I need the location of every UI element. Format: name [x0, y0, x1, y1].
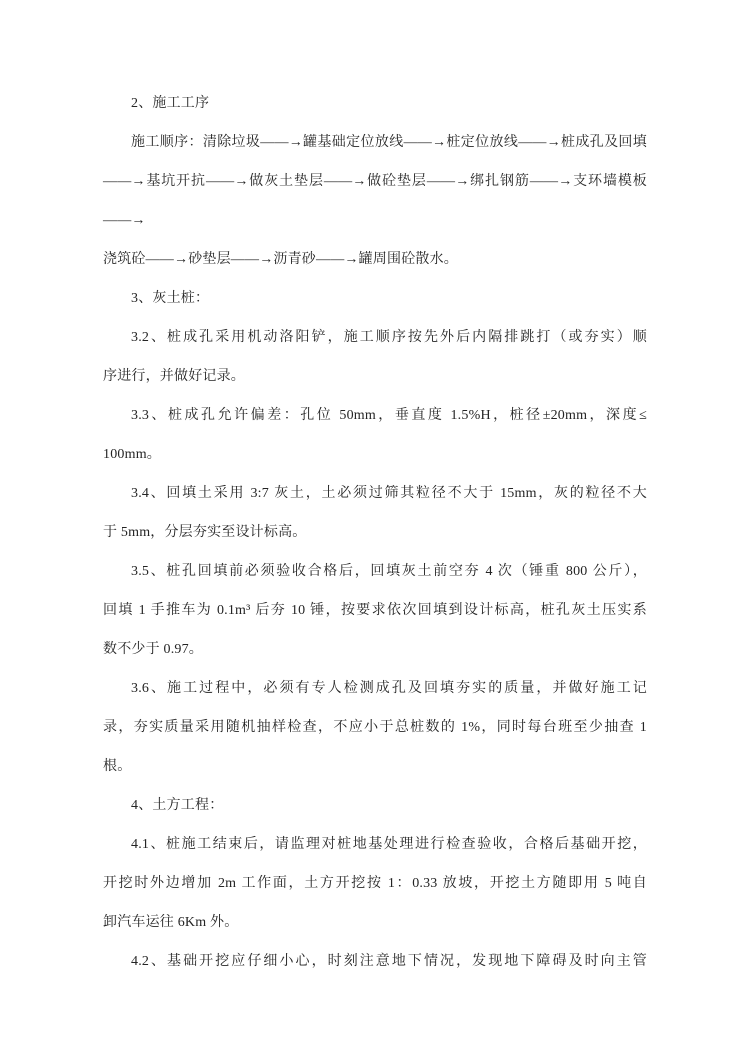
text-line: 4.1、桩施工结束后，请监理对桩地基处理进行检查验收，合格后基础开挖， [103, 825, 647, 864]
text-line: 3.5、桩孔回填前必须验收合格后，回填灰土前空夯 4 次（锤重 800 公斤）， [103, 552, 647, 591]
text-line: 施工顺序：清除垃圾——→罐基础定位放线——→桩定位放线——→桩成孔及回填 [103, 123, 647, 162]
text-line: 3.6、施工过程中，必须有专人检测成孔及回填夯实的质量，并做好施工记 [103, 669, 647, 708]
section-heading: 4、土方工程： [103, 786, 647, 825]
text-line: 开挖时外边增加 2m 工作面，土方开挖按 1：0.33 放坡，开挖土方随即用 5… [103, 864, 647, 903]
section-heading: 3、灰土桩： [103, 279, 647, 318]
text-line: 录，夯实质量采用随机抽样检查，不应小于总桩数的 1%，同时每台班至少抽查 1 [103, 708, 647, 747]
text-line: 浇筑砼——→砂垫层——→沥青砂——→罐周围砼散水。 [103, 240, 647, 279]
section-heading: 2、施工工序 [103, 84, 647, 123]
text-line: 序进行，并做好记录。 [103, 357, 647, 396]
text-line: 3.2、桩成孔采用机动洛阳铲，施工顺序按先外后内隔排跳打（或夯实）顺 [103, 318, 647, 357]
text-line: 于 5mm，分层夯实至设计标高。 [103, 513, 647, 552]
text-line: 3.4、回填土采用 3:7 灰土，土必须过筛其粒径不大于 15mm，灰的粒径不大 [103, 474, 647, 513]
text-line: ——→基坑开抗——→做灰土垫层——→做砼垫层——→绑扎钢筋——→支环墙模板——→ [103, 162, 647, 240]
text-line: 回填 1 手推车为 0.1m³ 后夯 10 锤，按要求依次回填到设计标高，桩孔灰… [103, 591, 647, 630]
document-page: 2、施工工序 施工顺序：清除垃圾——→罐基础定位放线——→桩定位放线——→桩成孔… [0, 0, 744, 1052]
text-line: 4.2、基础开挖应仔细小心，时刻注意地下情况，发现地下障碍及时向主管 [103, 942, 647, 981]
text-line: 3.3、桩成孔允许偏差：孔位 50mm，垂直度 1.5%H，桩径±20mm，深度… [103, 396, 647, 435]
text-line: 卸汽车运往 6Km 外。 [103, 903, 647, 942]
text-line: 根。 [103, 747, 647, 786]
text-line: 100mm。 [103, 435, 647, 474]
text-line: 数不少于 0.97。 [103, 630, 647, 669]
